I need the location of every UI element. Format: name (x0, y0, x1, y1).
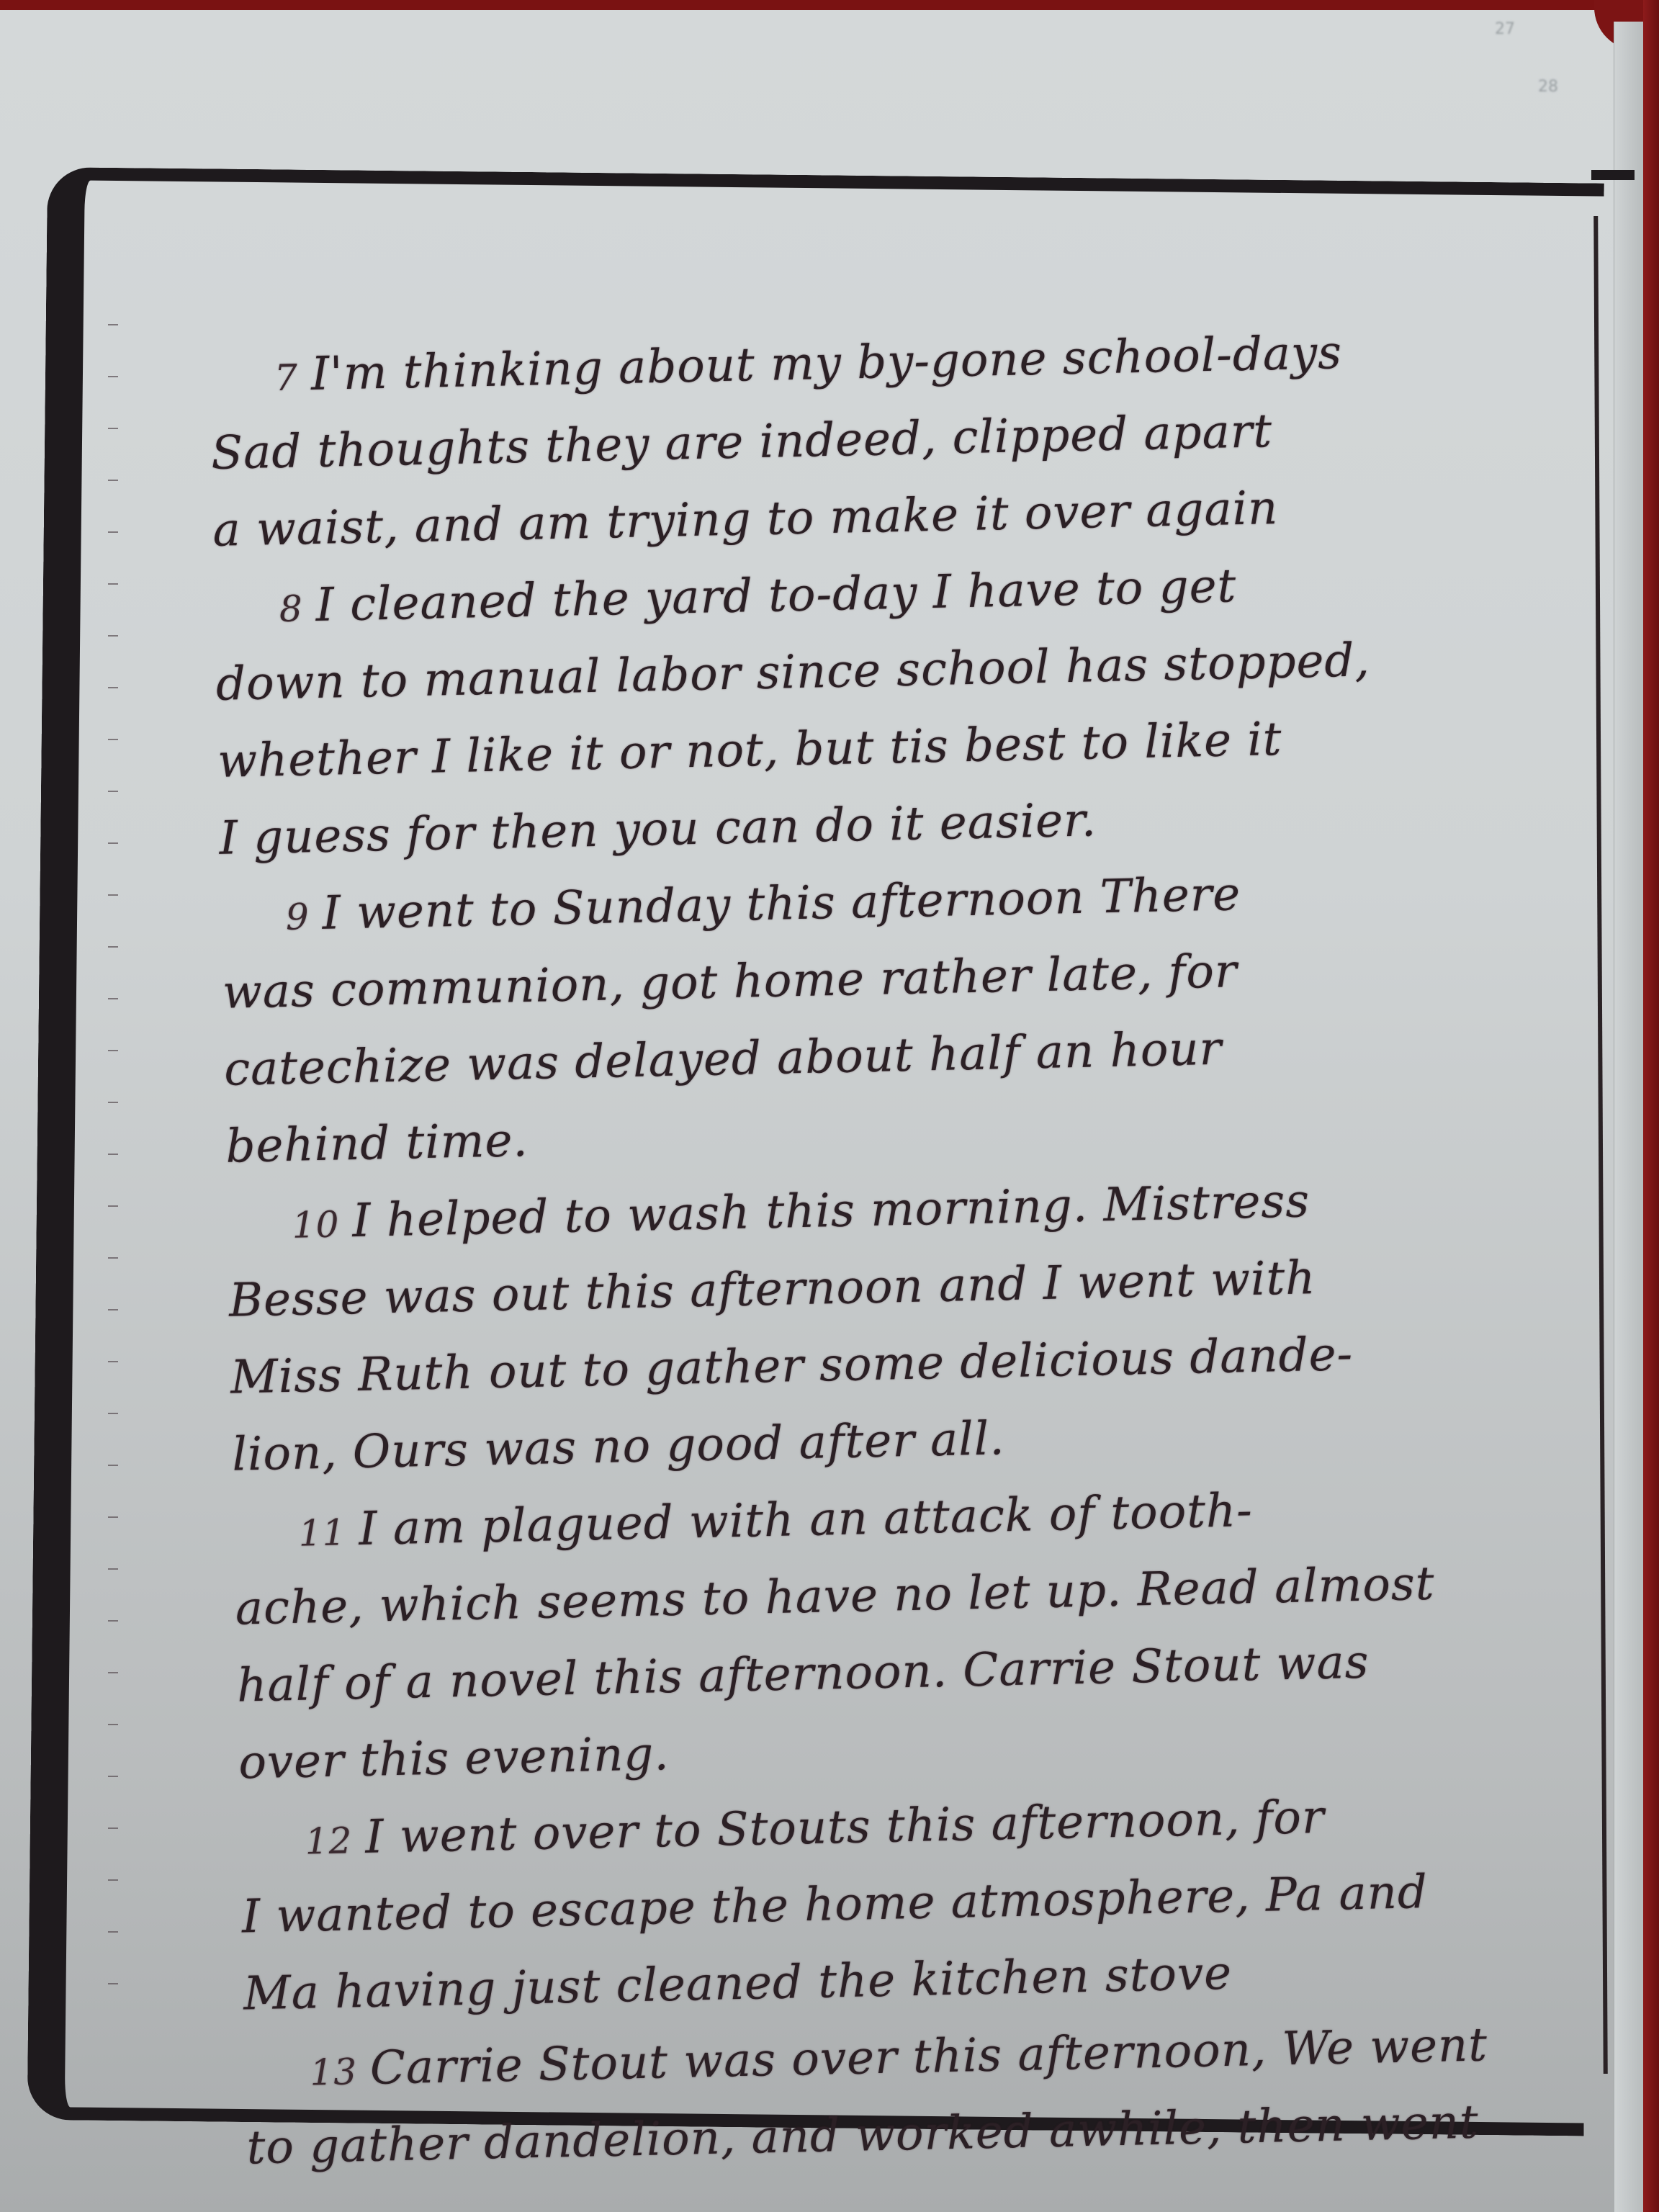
line-text: I wanted to escape the home atmosphere, … (241, 1866, 1428, 1943)
entry-date: 11 (298, 1511, 346, 1554)
line-text: Ma having just cleaned the kitchen stove (243, 1947, 1232, 2021)
entry-date: 13 (310, 2051, 358, 2093)
page-number: 27 (1495, 20, 1515, 38)
line-text: I helped to wash this morning. Mistress (352, 1174, 1310, 1248)
line-text: Besse was out this afternoon and I went … (228, 1251, 1316, 1328)
line-text: I am plagued with an attack of tooth- (359, 1484, 1254, 1556)
line-text: to gather dandelion, and worked awhile, … (246, 2096, 1479, 2175)
line-text: lion, Ours was no good after all. (232, 1412, 1006, 1481)
line-text: catechize was delayed about half an hour (224, 1022, 1223, 1097)
line-text: Miss Ruth out to gather some delicious d… (230, 1328, 1353, 1405)
entry-date: 12 (305, 1820, 353, 1862)
line-text: behind time. (225, 1114, 529, 1174)
line-text: Carrie Stout was over this afternoon, We… (369, 2018, 1488, 2095)
line-text: I cleaned the yard to-day I have to get (315, 559, 1237, 632)
line-text: over this evening. (238, 1727, 670, 1790)
entry-date: 8 (279, 588, 303, 630)
line-text: was communion, got home rather late, for (222, 945, 1238, 1020)
line-text: down to manual labor since school has st… (215, 634, 1370, 711)
line-text: whether I like it or not, but tis best t… (217, 713, 1283, 788)
line-text: I went over to Stouts this afternoon, fo… (364, 1791, 1325, 1864)
line-text: a waist, and am trying to make it over a… (212, 482, 1279, 557)
page-number: 28 (1538, 78, 1558, 96)
line-text: half of a novel this afternoon. Carrie S… (236, 1636, 1370, 1713)
line-text: I went to Sunday this afternoon There (322, 868, 1241, 940)
book-cover-right-edge (1643, 0, 1659, 2212)
entry-date: 9 (285, 896, 310, 938)
line-text: ache, which seems to have no let up. Rea… (235, 1557, 1435, 1636)
margin-tick-marks (108, 274, 118, 2031)
book-cover-top-edge (0, 0, 1659, 10)
entry-date: 10 (292, 1203, 340, 1246)
journal-text: 7I'm thinking about my by-gone school-da… (209, 310, 1629, 2188)
line-text: I'm thinking about my by-gone school-day… (310, 326, 1343, 401)
line-text: Sad thoughts they are indeed, clipped ap… (211, 405, 1273, 480)
line-text: I guess for then you can do it easier. (219, 793, 1097, 866)
entry-date: 7 (274, 356, 299, 399)
page-border-top-extension (1591, 170, 1635, 180)
